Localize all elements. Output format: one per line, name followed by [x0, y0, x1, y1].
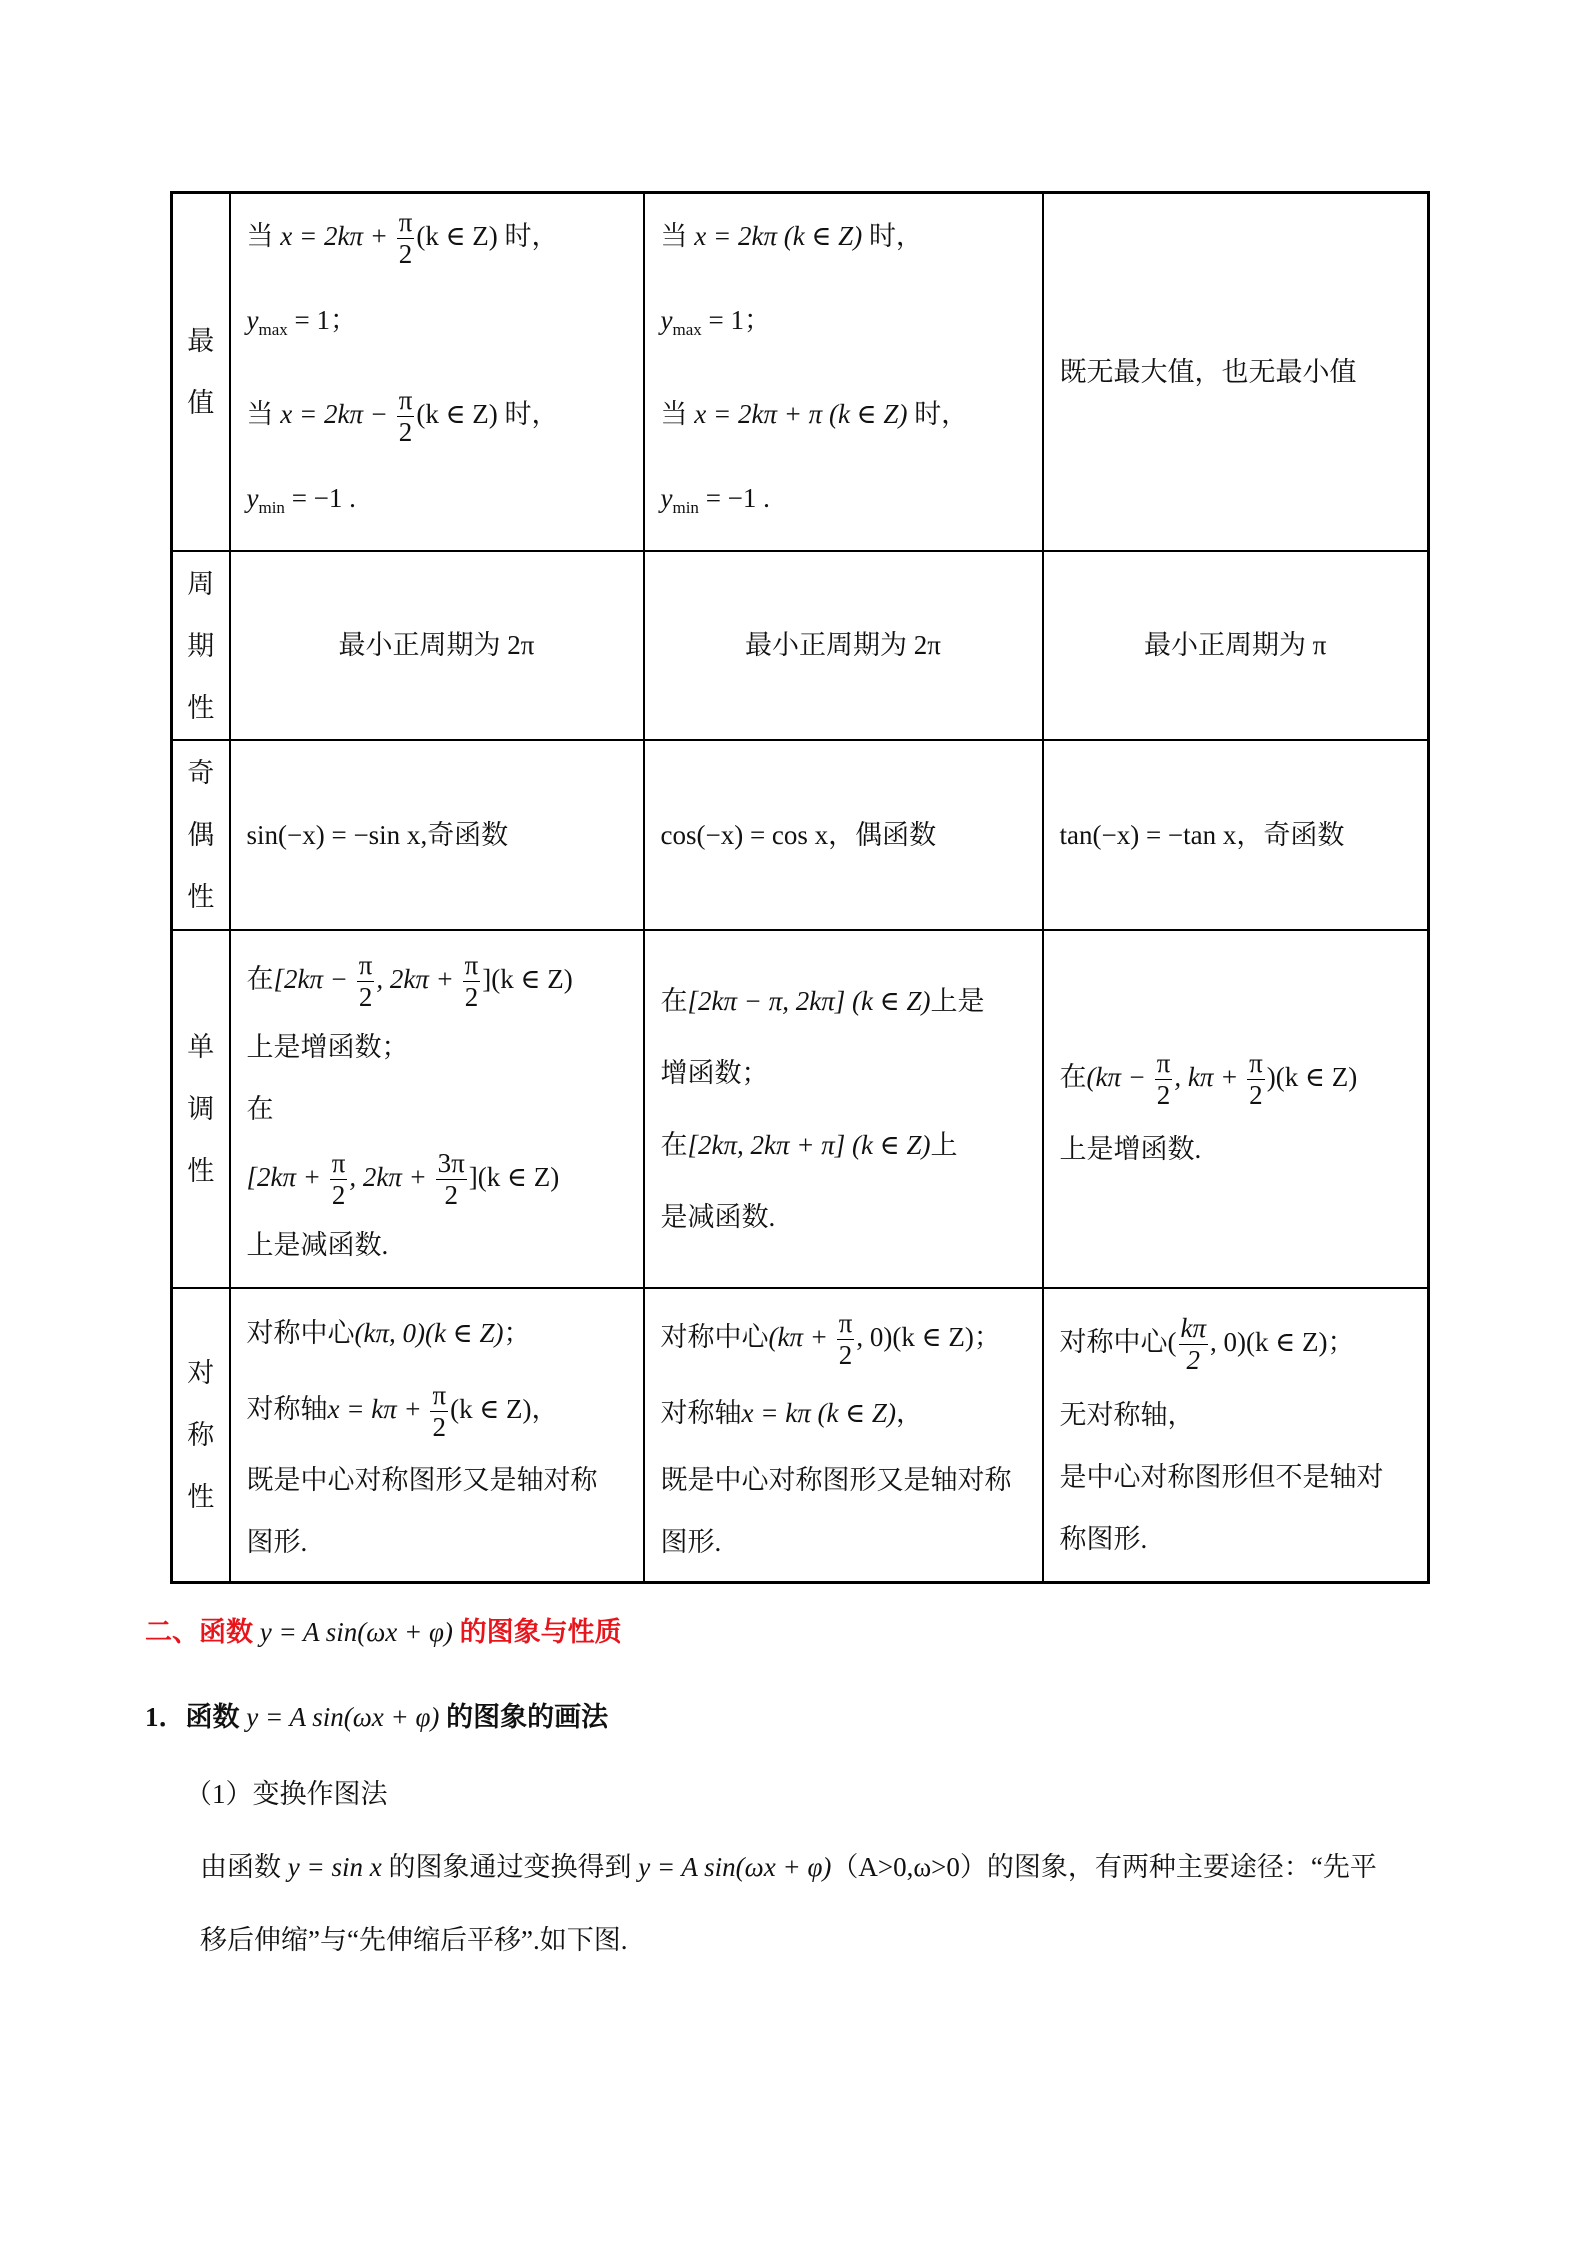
math: , kπ + — [1174, 1062, 1245, 1092]
row-parity: 奇 偶 性 sin(−x) = −sin x,奇函数 cos(−x) = cos… — [172, 740, 1429, 930]
text: 最小正周期为 2π — [339, 630, 535, 660]
math: [2kπ + — [247, 1162, 328, 1192]
text: 对称中心 — [1060, 1327, 1168, 1357]
text: 当 — [661, 399, 688, 429]
fraction: π2 — [330, 1150, 348, 1209]
math: (k ∈ Z) — [416, 221, 497, 251]
text: 最小正周期为 2π — [745, 630, 941, 660]
paragraph-text: 由函数 — [200, 1852, 288, 1882]
math: x = kπ + — [328, 1394, 429, 1424]
tan-cell: 最小正周期为 π — [1043, 551, 1429, 740]
math: x = 2kπ − — [280, 399, 394, 429]
text: ，偶函数 — [828, 820, 936, 850]
math: [2kπ, 2kπ + π] (k ∈ Z) — [688, 1130, 931, 1160]
math: [2kπ − π, 2kπ] (k ∈ Z) — [688, 986, 931, 1016]
math: x = 2kπ + π (k ∈ Z) — [694, 399, 907, 429]
fraction: π2 — [397, 209, 415, 268]
label-char: 周 — [173, 553, 229, 615]
text: 上是增函数. — [1060, 1134, 1202, 1164]
fraction: π2 — [837, 1310, 855, 1369]
label-char: 性 — [173, 1466, 229, 1528]
math: )(k ∈ Z) — [1267, 1062, 1357, 1092]
fraction: π2 — [1247, 1050, 1265, 1109]
text: 对称轴 — [247, 1394, 328, 1424]
section-heading: 二、函数 y = A sin(ωx + φ) 的图象与性质 — [145, 1610, 622, 1649]
heading-math: y = A sin(ωx + φ) — [260, 1617, 453, 1647]
text: 当 — [661, 221, 688, 251]
math: (k ∈ Z) — [450, 1394, 531, 1424]
math: (k ∈ Z) — [416, 399, 497, 429]
label-char: 最 — [173, 310, 229, 372]
text: 当 — [247, 221, 274, 251]
subscript: min — [672, 498, 698, 517]
item-text: （1）变换作图法 — [185, 1779, 388, 1809]
math: = 1； — [288, 305, 357, 335]
text: 无对称轴， — [1060, 1400, 1195, 1430]
math: , 0)(k ∈ Z) — [856, 1322, 973, 1352]
math: y — [247, 483, 259, 513]
math: [2kπ − — [274, 964, 355, 994]
text: ； — [974, 1322, 1001, 1352]
text: 图形. — [661, 1527, 722, 1557]
row-label: 最 值 — [172, 193, 230, 552]
sin-cell: 当 x = 2kπ + π2(k ∈ Z) 时， ymax = 1； 当 x =… — [230, 193, 644, 552]
text: 时， — [505, 399, 559, 429]
text: ,奇函数 — [420, 820, 508, 850]
text: 图形. — [247, 1527, 308, 1557]
tan-cell: 对称中心(kπ2, 0)(k ∈ Z)； 无对称轴， 是中心对称图形但不是轴对 … — [1043, 1288, 1429, 1582]
sin-cell: sin(−x) = −sin x,奇函数 — [230, 740, 644, 930]
text: 对称中心 — [661, 1322, 769, 1352]
text: 时， — [869, 221, 923, 251]
text: 上是减函数. — [247, 1230, 389, 1260]
subsection-text: 函数 — [186, 1702, 247, 1732]
text: 称图形. — [1060, 1524, 1148, 1554]
row-monotonicity: 单 调 性 在[2kπ − π2, 2kπ + π2](k ∈ Z) 上是增函数… — [172, 930, 1429, 1288]
subscript: min — [258, 498, 284, 517]
text: 是减函数. — [661, 1202, 776, 1232]
sin-cell: 在[2kπ − π2, 2kπ + π2](k ∈ Z) 上是增函数； 在 [2… — [230, 930, 644, 1288]
trig-properties-table: 最 值 当 x = 2kπ + π2(k ∈ Z) 时， ymax = 1； 当… — [170, 191, 1430, 1584]
text: 增函数； — [661, 1058, 769, 1088]
row-label: 周 期 性 — [172, 551, 230, 740]
math: ](k ∈ Z) — [482, 964, 572, 994]
paragraph-text: 移后伸缩”与“先伸缩后平移”.如下图. — [200, 1925, 627, 1955]
text: 既是中心对称图形又是轴对称 — [661, 1465, 1012, 1495]
paragraph-line-1: 由函数 y = sin x 的图象通过变换得到 y = A sin(ωx + φ… — [200, 1845, 1377, 1884]
math: (kπ + — [769, 1322, 835, 1352]
label-char: 值 — [173, 372, 229, 434]
paragraph-line-2: 移后伸缩”与“先伸缩后平移”.如下图. — [200, 1918, 627, 1957]
math: x = 2kπ + — [280, 221, 394, 251]
paragraph-text: （A>0,ω>0）的图象，有两种主要途径：“先平 — [831, 1852, 1376, 1882]
sin-cell: 最小正周期为 2π — [230, 551, 644, 740]
math: x = 2kπ (k ∈ Z) — [694, 221, 862, 251]
text: 时， — [914, 399, 968, 429]
heading-text: 二、函数 — [145, 1617, 260, 1647]
row-extreme-values: 最 值 当 x = 2kπ + π2(k ∈ Z) 时， ymax = 1； 当… — [172, 193, 1429, 552]
math: y — [661, 483, 673, 513]
fraction: π2 — [357, 952, 375, 1011]
subsection-number: 1． — [145, 1702, 186, 1732]
math: tan(−x) = −tan x — [1060, 820, 1237, 850]
label-char: 调 — [173, 1078, 229, 1140]
math: , 0)(k ∈ Z) — [1210, 1327, 1327, 1357]
text: 最小正周期为 π — [1144, 630, 1326, 660]
text: 在 — [247, 964, 274, 994]
math: = 1； — [702, 305, 771, 335]
math: ](k ∈ Z) — [469, 1162, 559, 1192]
subscript: max — [258, 320, 287, 339]
paragraph-math: y = A sin(ωx + φ) — [638, 1852, 831, 1882]
text: 时， — [505, 221, 559, 251]
label-char: 奇 — [173, 742, 229, 804]
math: cos(−x) = cos x — [661, 820, 829, 850]
fraction: kπ2 — [1179, 1315, 1209, 1374]
cos-cell: 在[2kπ − π, 2kπ] (k ∈ Z)上是 增函数； 在[2kπ, 2k… — [644, 930, 1043, 1288]
cos-cell: 当 x = 2kπ (k ∈ Z) 时， ymax = 1； 当 x = 2kπ… — [644, 193, 1043, 552]
text: 在 — [247, 1094, 274, 1124]
text: 既无最大值，也无最小值 — [1060, 357, 1357, 387]
sin-cell: 对称中心(kπ, 0)(k ∈ Z)； 对称轴x = kπ + π2(k ∈ Z… — [230, 1288, 644, 1582]
label-char: 期 — [173, 615, 229, 677]
text: 当 — [247, 399, 274, 429]
row-label: 单 调 性 — [172, 930, 230, 1288]
text: ， — [532, 1394, 559, 1424]
text: 在 — [1060, 1062, 1087, 1092]
math: = −1 . — [285, 483, 356, 513]
tan-cell: 在(kπ − π2, kπ + π2)(k ∈ Z) 上是增函数. — [1043, 930, 1429, 1288]
text: 既是中心对称图形又是轴对称 — [247, 1465, 598, 1495]
paragraph-text: 的图象通过变换得到 — [382, 1852, 639, 1882]
label-char: 单 — [173, 1016, 229, 1078]
subsection-heading: 1．函数 y = A sin(ωx + φ) 的图象的画法 — [145, 1695, 608, 1734]
text: ，奇函数 — [1236, 820, 1344, 850]
text: ， — [896, 1398, 923, 1428]
cos-cell: 最小正周期为 2π — [644, 551, 1043, 740]
math: = −1 . — [699, 483, 770, 513]
math: , 2kπ + — [349, 1162, 433, 1192]
text: 上 — [931, 1130, 958, 1160]
math: , 2kπ + — [376, 964, 460, 994]
text: 对称轴 — [661, 1398, 742, 1428]
row-periodicity: 周 期 性 最小正周期为 2π 最小正周期为 2π 最小正周期为 π — [172, 551, 1429, 740]
text: 是中心对称图形但不是轴对 — [1060, 1462, 1384, 1492]
heading-text: 的图象与性质 — [453, 1617, 622, 1647]
label-char: 对 — [173, 1342, 229, 1404]
cos-cell: cos(−x) = cos x，偶函数 — [644, 740, 1043, 930]
label-char: 称 — [173, 1404, 229, 1466]
cos-cell: 对称中心(kπ + π2, 0)(k ∈ Z)； 对称轴x = kπ (k ∈ … — [644, 1288, 1043, 1582]
fraction: π2 — [397, 387, 415, 446]
math: y — [247, 305, 259, 335]
fraction: π2 — [1155, 1050, 1173, 1109]
tan-cell: 既无最大值，也无最小值 — [1043, 193, 1429, 552]
tan-cell: tan(−x) = −tan x，奇函数 — [1043, 740, 1429, 930]
label-char: 性 — [173, 866, 229, 928]
math: x = kπ (k ∈ Z) — [742, 1398, 896, 1428]
subscript: max — [672, 320, 701, 339]
text: 在 — [661, 986, 688, 1016]
text: 上是 — [931, 986, 985, 1016]
row-label: 对 称 性 — [172, 1288, 230, 1582]
fraction: π2 — [463, 952, 481, 1011]
math: y — [661, 305, 673, 335]
math: sin(−x) = −sin x — [247, 820, 421, 850]
label-char: 偶 — [173, 804, 229, 866]
paragraph-math: y = sin x — [288, 1852, 382, 1882]
subsection-math: y = A sin(ωx + φ) — [246, 1702, 439, 1732]
row-label: 奇 偶 性 — [172, 740, 230, 930]
text: ； — [503, 1318, 530, 1348]
math: ( — [1168, 1327, 1177, 1357]
text: 对称中心 — [247, 1318, 355, 1348]
label-char: 性 — [173, 677, 229, 739]
fraction: 3π2 — [436, 1150, 467, 1209]
text: ； — [1327, 1327, 1354, 1357]
fraction: π2 — [430, 1382, 448, 1441]
math: (kπ − — [1087, 1062, 1153, 1092]
subsection-text: 的图象的画法 — [439, 1702, 608, 1732]
label-char: 性 — [173, 1140, 229, 1202]
math: (kπ, 0)(k ∈ Z) — [355, 1318, 504, 1348]
text: 上是增函数； — [247, 1032, 409, 1062]
text: 在 — [661, 1130, 688, 1160]
row-symmetry: 对 称 性 对称中心(kπ, 0)(k ∈ Z)； 对称轴x = kπ + π2… — [172, 1288, 1429, 1582]
item-heading: （1）变换作图法 — [185, 1772, 388, 1811]
